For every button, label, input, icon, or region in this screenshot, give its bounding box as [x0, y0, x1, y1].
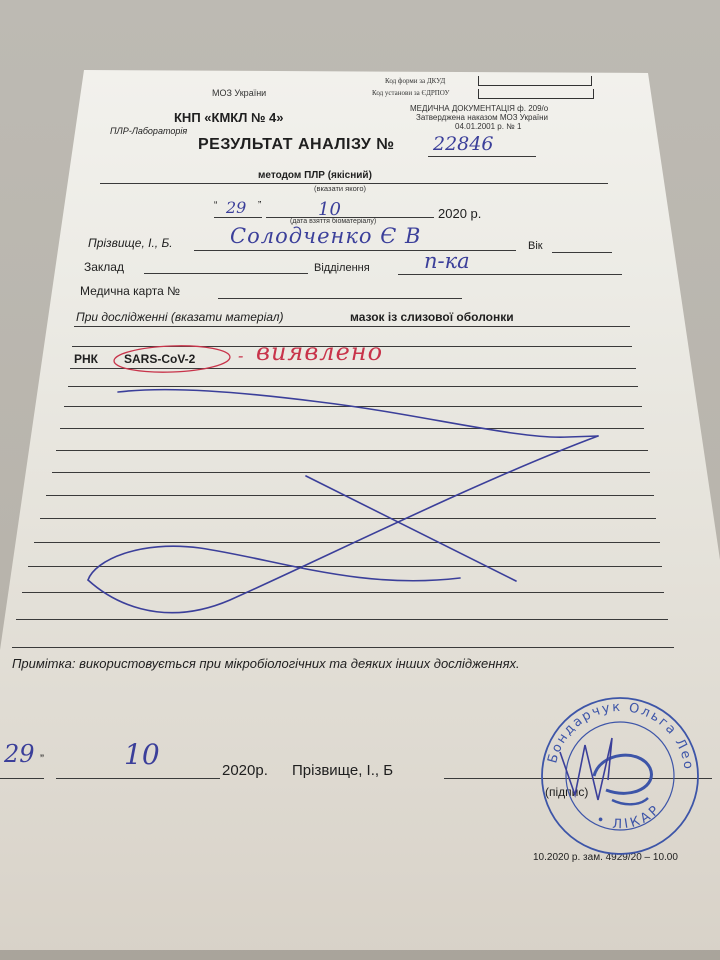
quote-open: “ [214, 200, 217, 211]
form-code-label: Код форми за ДКУД [385, 77, 445, 85]
footer-month-underline [56, 778, 220, 779]
medical-card-label: Медична карта № [80, 284, 180, 298]
department-value[interactable]: п-ка [424, 249, 470, 273]
patient-name-label: Прізвище, І., Б. [88, 236, 173, 250]
signature-hint: (підпис) [545, 785, 588, 799]
institution-code-label: Код установи за ЄДРПОУ [372, 89, 449, 97]
signature-underline [444, 778, 712, 779]
test-name: SARS-CoV-2 [124, 352, 195, 366]
analysis-number: 22846 [433, 133, 493, 155]
footer-year: 2020р. [222, 762, 268, 779]
footnote: Примітка: використовується при мікробіол… [12, 656, 520, 671]
footer-day: 29 [4, 740, 35, 768]
day-underline [214, 217, 262, 218]
sample-day: 29 [226, 198, 246, 217]
footer-name-label: Прізвище, І., Б [292, 762, 393, 779]
page-title: РЕЗУЛЬТАТ АНАЛІЗУ № [198, 136, 395, 154]
result-value: виявлено [256, 338, 383, 366]
patient-name-value[interactable]: Солодченко Є В [230, 224, 421, 248]
approved-date: 04.01.2001 р. № 1 [455, 122, 521, 131]
ministry-label: МОЗ України [212, 88, 266, 98]
sample-year: 2020 р. [438, 206, 481, 221]
material-value: мазок із слизової оболонки [350, 310, 514, 324]
test-prefix: РНК [74, 352, 98, 366]
approved-label: Затверджена наказом МОЗ України [416, 113, 548, 122]
department-field-label: Відділення [314, 262, 370, 274]
facility-underline [144, 273, 308, 274]
age-underline [552, 252, 612, 253]
footer-month: 10 [124, 738, 160, 771]
quote-close: ” [258, 200, 261, 211]
material-label: При дослідженні (вказати матеріал) [76, 310, 284, 324]
result-underline [70, 368, 636, 369]
medical-doc-label: МЕДИЧНА ДОКУМЕНТАЦІЯ ф. 209/о [410, 104, 548, 113]
department-label: ПЛР-Лабораторія [110, 126, 187, 136]
result-dash: - [238, 346, 243, 365]
footer-quote-close: ” [40, 752, 44, 766]
department-underline [398, 274, 622, 275]
institution-name: КНП «КМКЛ № 4» [174, 110, 284, 125]
method-hint: (вказати якого) [314, 184, 366, 193]
print-info: 10.2020 р. зам. 4929/20 – 10.00 [533, 852, 678, 863]
facility-label: Заклад [84, 260, 124, 274]
footer-day-underline [0, 778, 44, 779]
number-underline [428, 156, 536, 157]
medical-card-underline [218, 298, 462, 299]
age-label: Вік [528, 240, 543, 252]
method-value: методом ПЛР (якісний) [258, 170, 372, 181]
material-underline [74, 326, 630, 327]
